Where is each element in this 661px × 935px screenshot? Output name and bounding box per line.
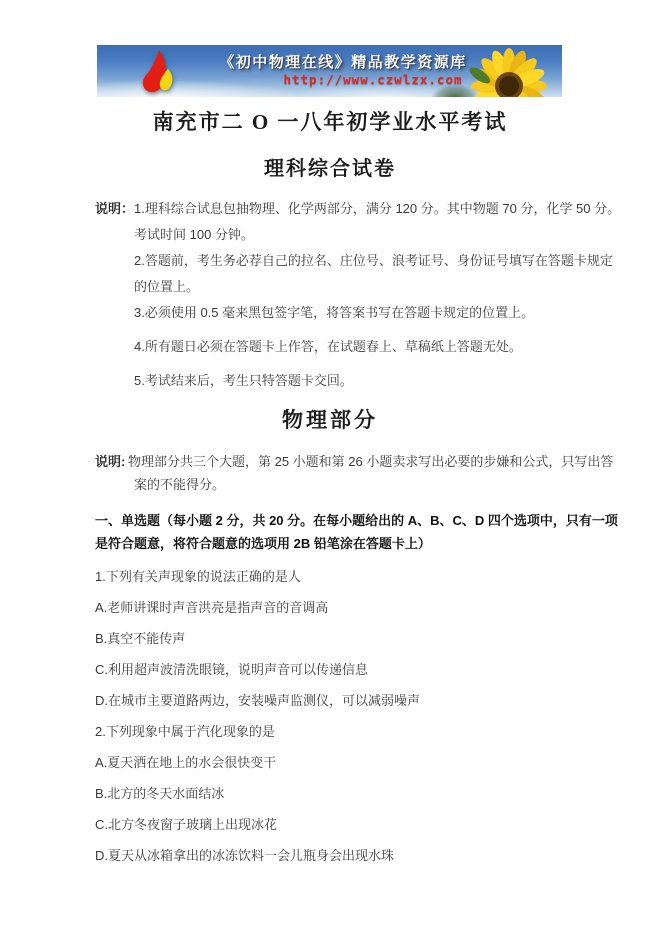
site-logo-icon (135, 49, 181, 97)
physics-section-heading: 物理部分 (95, 407, 565, 434)
question-text: 2.下列现象中属于汽化现象的是 (95, 724, 565, 740)
note-item-1: 说明： 1.理科综合试息包抽物理、化学两部分，满分 120 分。其中物题 70 … (95, 196, 565, 248)
note-line: 的位置上。 (134, 274, 565, 300)
notes-label: 说明： (95, 196, 134, 222)
physics-notes: 说明: 物理部分共三个大题，第 25 小题和第 26 小题卖求写出必要的步嫌和公… (95, 450, 565, 496)
note-line: 4.所有题日必须在答题卡上作答，在试题春上、草稿纸上答题无处。 (134, 334, 565, 360)
question-text: 1.下列有关声现象的说法正确的是人 (95, 569, 565, 585)
note-line: 2.答题前，考生务必荐自己的拉名、庄位号、浪考证号、身份证号填写在答题卡规定 (134, 248, 565, 274)
section-heading-line: 一、单选题（每小题 2 分，共 20 分。在每小题给出的 A、B、C、D 四个选… (95, 509, 565, 532)
note-item-4: 4.所有题日必须在答题卡上作答，在试题春上、草稿纸上答题无处。 (95, 334, 565, 360)
option-text: B.真空不能传声 (95, 631, 565, 647)
site-banner: 《初中物理在线》精品教学资源库 http://www.czwlzx.com (97, 45, 562, 97)
option-text: B.北方的冬天水面结冰 (95, 786, 565, 802)
note-item-2: 2.答题前，考生务必荐自己的拉名、庄位号、浪考证号、身份证号填写在答题卡规定 的… (95, 248, 565, 300)
option-text: A.夏天洒在地上的水会很快变干 (95, 755, 565, 771)
note-line: 3.必须使用 0.5 毫来黑包签字笔，将答案书写在答题卡规定的位置上。 (134, 300, 565, 326)
option-text: C.北方冬夜窗子玻璃上出现冰花 (95, 817, 565, 833)
note-item-3: 3.必须使用 0.5 毫来黑包签字笔，将答案书写在答题卡规定的位置上。 (95, 300, 565, 326)
note-line: 物理部分共三个大题，第 25 小题和第 26 小题卖求写出必要的步嫌和公式，只写… (128, 450, 565, 473)
note-line: 5.考试结来后，考生只特答题卡交回。 (134, 368, 565, 394)
physics-notes-label: 说明: (95, 450, 125, 473)
note-line: 案的不能得分。 (128, 473, 565, 496)
exam-paper: 南充市二 O 一八年初学业水平考试 理科综合试卷 说明： 1.理科综合试息包抽物… (95, 109, 565, 879)
section-heading-line: 是符合题意，将符合题意的选项用 2B 铅笔涂在答题卡上） (95, 532, 565, 555)
note-line: 考试时间 100 分钟。 (134, 222, 565, 248)
site-title: 《初中物理在线》精品教学资源库 (215, 51, 471, 72)
note-item-5: 5.考试结来后，考生只特答题卡交回。 (95, 368, 565, 394)
option-text: D.夏天从冰箱拿出的冰冻饮料一会儿瓶身会出现水珠 (95, 848, 565, 864)
general-notes: 说明： 1.理科综合试息包抽物理、化学两部分，满分 120 分。其中物题 70 … (95, 196, 565, 394)
option-text: C.利用超声波清洗眼镜，说明声音可以传递信息 (95, 662, 565, 678)
question-list: 1.下列有关声现象的说法正确的是人 A.老师讲课时声音洪亮是指声音的音调高 B.… (95, 569, 565, 864)
note-line: 1.理科综合试息包抽物理、化学两部分，满分 120 分。其中物题 70 分，化学… (134, 196, 565, 222)
option-text: D.在城市主要道路两边，安装噪声监测仪，可以减弱噪声 (95, 693, 565, 709)
sunflower-icon (468, 45, 550, 97)
option-text: A.老师讲课时声音洪亮是指声音的音调高 (95, 600, 565, 616)
single-choice-section-heading: 一、单选题（每小题 2 分，共 20 分。在每小题给出的 A、B、C、D 四个选… (95, 509, 565, 555)
page-subtitle: 理科综合试卷 (95, 156, 565, 182)
page-title: 南充市二 O 一八年初学业水平考试 (95, 109, 565, 136)
